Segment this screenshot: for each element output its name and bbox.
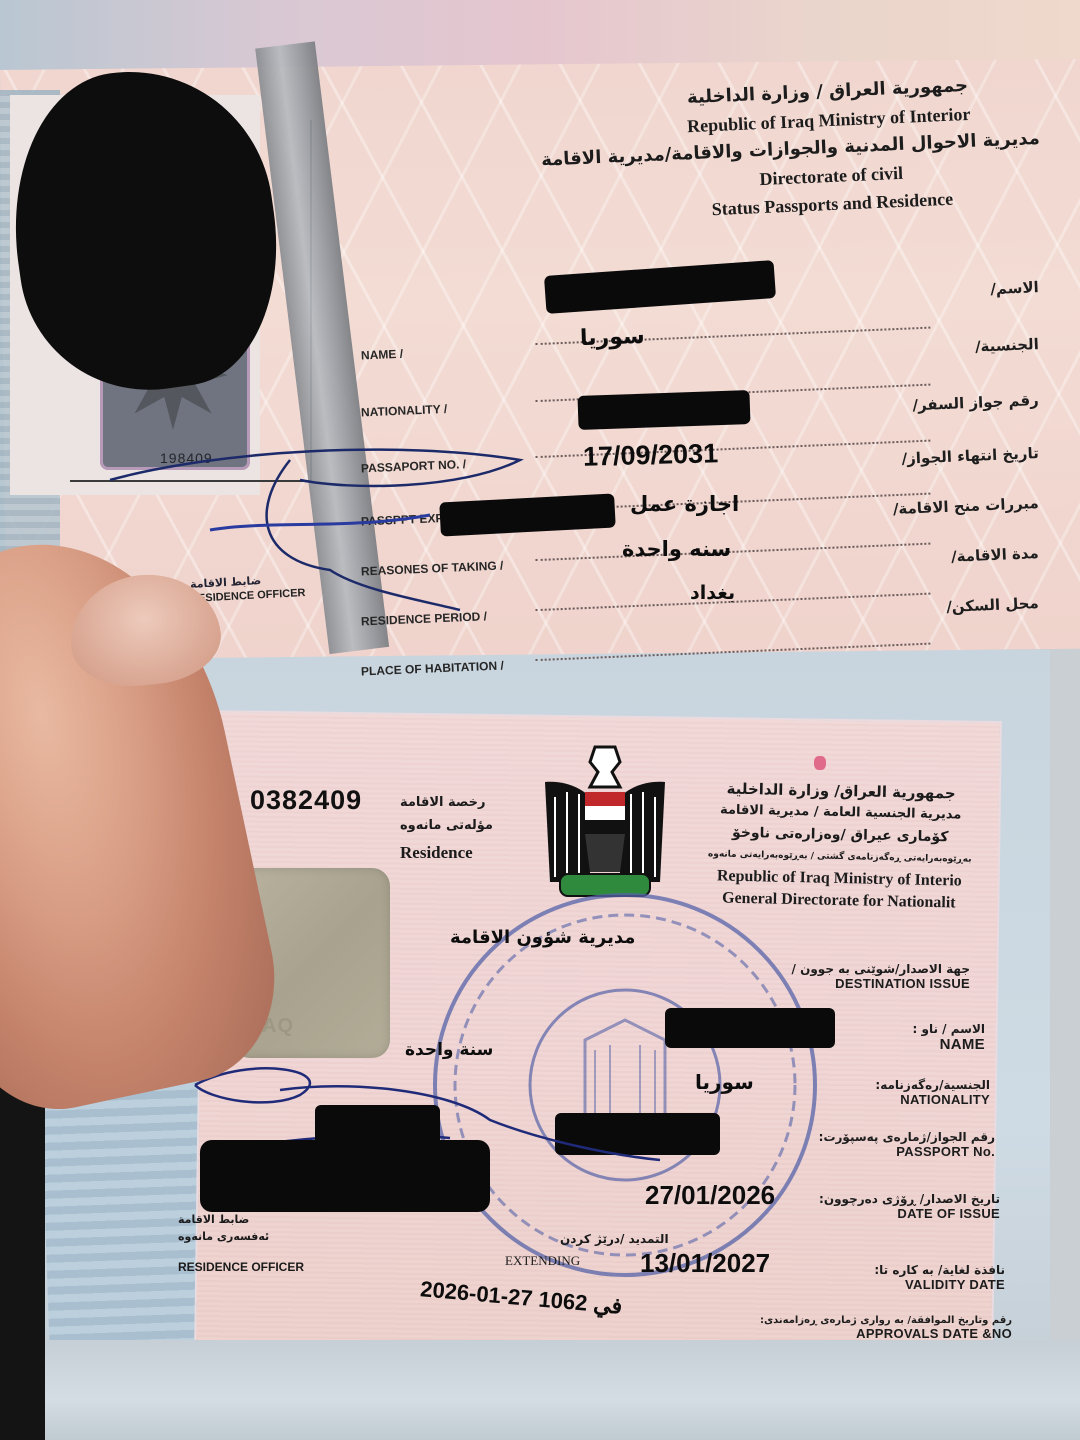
label-validity-date: نافذة لغاية/ بە کارە تا: VALIDITY DATE <box>780 1263 1005 1292</box>
signature-redaction-2 <box>200 1140 490 1212</box>
label-approvals: رقم وتاريخ الموافقة/ بە رواری ژمارەی ڕەز… <box>740 1315 1012 1341</box>
reasons-value: اجازة عمل <box>630 492 739 516</box>
passport-expiry-value: 17/09/2031 <box>583 438 719 473</box>
field-label-ar: الاسم/ <box>990 278 1039 298</box>
extending-label-ar: التمديد /درێژ کردن <box>560 1232 669 1246</box>
officer-label-ku-bottom: ئەفسەری مانەوە <box>178 1230 269 1243</box>
label-passport: رقم الجواز/ژمارەی پەسپۆرت: PASSPORT No. <box>780 1130 995 1159</box>
field-label-ar: مدة الاقامة/ <box>951 544 1039 566</box>
habitation-value: بغداد <box>690 582 735 604</box>
field-label-ar: الجنسية/ <box>975 335 1039 356</box>
field-label-en: NAME / <box>361 347 404 363</box>
label-nationality: الجنسية/رەگەزنامە: NATIONALITY <box>780 1078 990 1107</box>
validity-date-value: 13/01/2027 <box>640 1248 770 1279</box>
officer-label-ar-bottom: ضابط الاقامة <box>178 1213 249 1226</box>
passport-bottom-edge <box>30 1340 1080 1440</box>
residence-period-value-bottom: سنة واحدة <box>405 1040 493 1060</box>
top-page-header: جمهورية العراق / وزارة الداخلية Republic… <box>617 69 1043 227</box>
extending-label-en: EXTENDING <box>505 1253 580 1269</box>
passport-number-redaction <box>577 390 750 430</box>
officer-label-en-bottom: RESIDENCE OFFICER <box>178 1260 304 1274</box>
sticker-title-ar: رخصة الاقامة <box>400 795 486 810</box>
label-date-of-issue: تاريخ الاصدار/ ڕۆژی دەرچوون: DATE OF ISS… <box>780 1192 1000 1221</box>
period-value: سنه واحدة <box>622 537 731 561</box>
pink-ink-mark <box>814 756 826 770</box>
iraq-eagle-emblem-icon <box>540 742 670 902</box>
sticker-title-ku: مؤلەتی مانەوە <box>400 818 493 833</box>
sticker-title-en: Residence <box>400 843 473 863</box>
nationality-value-bottom: سوريا <box>695 1070 754 1094</box>
nationality-value: سوريا <box>580 324 645 351</box>
name-redaction-bottom <box>665 1008 835 1048</box>
sticker-number: 0382409 <box>250 785 362 816</box>
label-destination: جهة الاصدار/شوێنی بە جوون / DESTINATION … <box>770 962 970 991</box>
destination-value: مديرية شؤون الاقامة <box>450 927 635 948</box>
date-of-issue-value: 27/01/2026 <box>645 1180 775 1211</box>
